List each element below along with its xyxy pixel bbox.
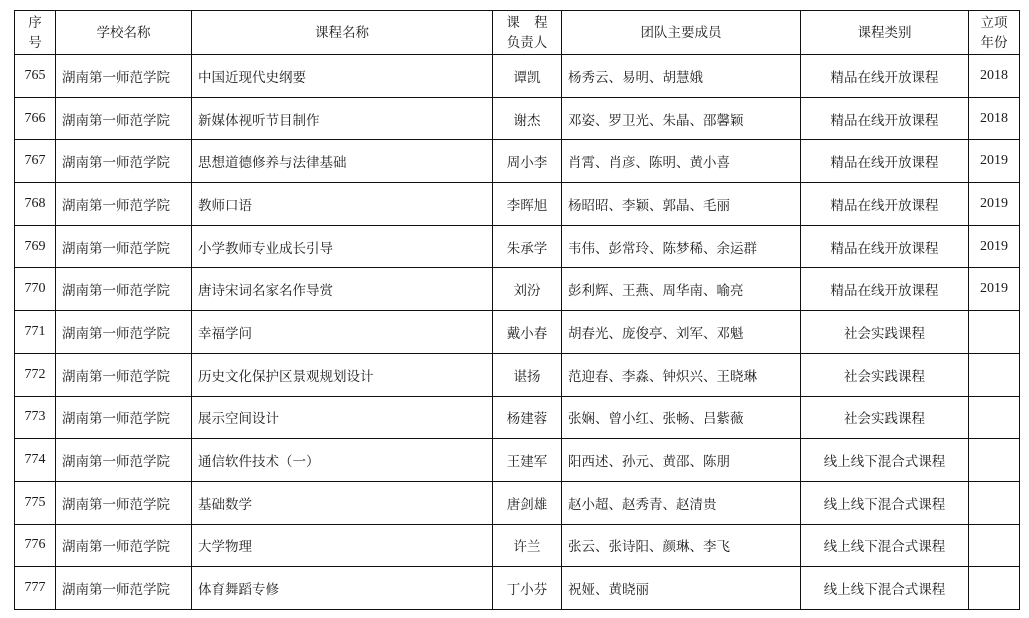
cell-type: 社会实践课程 bbox=[801, 396, 969, 439]
cell-school: 湖南第一师范学院 bbox=[56, 225, 192, 268]
header-type: 课程类别 bbox=[801, 11, 969, 55]
cell-year bbox=[969, 353, 1020, 396]
header-year: 立项 年份 bbox=[969, 11, 1020, 55]
cell-year bbox=[969, 481, 1020, 524]
cell-index: 771 bbox=[15, 311, 56, 354]
table-row: 769湖南第一师范学院小学教师专业成长引导朱承学韦伟、彭常玲、陈梦稀、余运群精品… bbox=[15, 225, 1020, 268]
cell-team: 祝娅、黄晓丽 bbox=[562, 567, 801, 610]
header-team: 团队主要成员 bbox=[562, 11, 801, 55]
table-row: 765湖南第一师范学院中国近现代史纲要谭凯杨秀云、易明、胡慧娥精品在线开放课程2… bbox=[15, 55, 1020, 98]
header-row: 序 号 学校名称 课程名称 课 程 负责人 团队主要成员 课程类别 立项 年份 bbox=[15, 11, 1020, 55]
cell-lead: 王建军 bbox=[493, 439, 562, 482]
table-row: 773湖南第一师范学院展示空间设计杨建蓉张娴、曾小红、张畅、吕紫薇社会实践课程 bbox=[15, 396, 1020, 439]
cell-course: 历史文化保护区景观规划设计 bbox=[192, 353, 493, 396]
cell-team: 范迎春、李淼、钟炽兴、王晓琳 bbox=[562, 353, 801, 396]
cell-course: 通信软件技术（一） bbox=[192, 439, 493, 482]
cell-team: 邓姿、罗卫光、朱晶、邵馨颖 bbox=[562, 97, 801, 140]
header-year-line2: 年份 bbox=[975, 33, 1013, 53]
table-row: 776湖南第一师范学院大学物理许兰张云、张诗阳、颜琳、李飞线上线下混合式课程 bbox=[15, 524, 1020, 567]
cell-type: 精品在线开放课程 bbox=[801, 97, 969, 140]
cell-course: 唐诗宋词名家名作导赏 bbox=[192, 268, 493, 311]
cell-type: 精品在线开放课程 bbox=[801, 225, 969, 268]
header-index-line1: 序 bbox=[21, 13, 49, 33]
header-school: 学校名称 bbox=[56, 11, 192, 55]
cell-school: 湖南第一师范学院 bbox=[56, 396, 192, 439]
header-index: 序 号 bbox=[15, 11, 56, 55]
cell-team: 肖霄、肖彦、陈明、黄小喜 bbox=[562, 140, 801, 183]
cell-team: 胡春光、庞俊亭、刘军、邓魁 bbox=[562, 311, 801, 354]
cell-lead: 朱承学 bbox=[493, 225, 562, 268]
cell-team: 杨秀云、易明、胡慧娥 bbox=[562, 55, 801, 98]
table-header: 序 号 学校名称 课程名称 课 程 负责人 团队主要成员 课程类别 立项 年份 bbox=[15, 11, 1020, 55]
cell-lead: 周小李 bbox=[493, 140, 562, 183]
cell-team: 赵小超、赵秀青、赵清贵 bbox=[562, 481, 801, 524]
cell-school: 湖南第一师范学院 bbox=[56, 481, 192, 524]
cell-year: 2019 bbox=[969, 268, 1020, 311]
table-row: 768湖南第一师范学院教师口语李晖旭杨昭昭、李颖、郭晶、毛丽精品在线开放课程20… bbox=[15, 183, 1020, 226]
cell-course: 思想道德修养与法律基础 bbox=[192, 140, 493, 183]
cell-school: 湖南第一师范学院 bbox=[56, 183, 192, 226]
cell-type: 社会实践课程 bbox=[801, 353, 969, 396]
cell-year bbox=[969, 524, 1020, 567]
header-course: 课程名称 bbox=[192, 11, 493, 55]
cell-school: 湖南第一师范学院 bbox=[56, 439, 192, 482]
cell-course: 体育舞蹈专修 bbox=[192, 567, 493, 610]
cell-course: 教师口语 bbox=[192, 183, 493, 226]
cell-school: 湖南第一师范学院 bbox=[56, 353, 192, 396]
cell-lead: 丁小芬 bbox=[493, 567, 562, 610]
table-row: 774湖南第一师范学院通信软件技术（一）王建军阳西述、孙元、黄邵、陈朋线上线下混… bbox=[15, 439, 1020, 482]
cell-year bbox=[969, 567, 1020, 610]
cell-index: 773 bbox=[15, 396, 56, 439]
cell-index: 765 bbox=[15, 55, 56, 98]
cell-school: 湖南第一师范学院 bbox=[56, 140, 192, 183]
cell-index: 770 bbox=[15, 268, 56, 311]
table-row: 772湖南第一师范学院历史文化保护区景观规划设计谌扬范迎春、李淼、钟炽兴、王晓琳… bbox=[15, 353, 1020, 396]
cell-index: 769 bbox=[15, 225, 56, 268]
cell-year: 2018 bbox=[969, 55, 1020, 98]
cell-index: 767 bbox=[15, 140, 56, 183]
cell-lead: 谌扬 bbox=[493, 353, 562, 396]
cell-team: 杨昭昭、李颖、郭晶、毛丽 bbox=[562, 183, 801, 226]
cell-type: 精品在线开放课程 bbox=[801, 140, 969, 183]
table-row: 775湖南第一师范学院基础数学唐剑雄赵小超、赵秀青、赵清贵线上线下混合式课程 bbox=[15, 481, 1020, 524]
cell-lead: 李晖旭 bbox=[493, 183, 562, 226]
cell-index: 768 bbox=[15, 183, 56, 226]
cell-course: 幸福学问 bbox=[192, 311, 493, 354]
cell-type: 线上线下混合式课程 bbox=[801, 524, 969, 567]
cell-type: 线上线下混合式课程 bbox=[801, 439, 969, 482]
table-row: 767湖南第一师范学院思想道德修养与法律基础周小李肖霄、肖彦、陈明、黄小喜精品在… bbox=[15, 140, 1020, 183]
cell-team: 韦伟、彭常玲、陈梦稀、余运群 bbox=[562, 225, 801, 268]
header-lead-line1: 课 程 bbox=[499, 13, 555, 33]
cell-school: 湖南第一师范学院 bbox=[56, 567, 192, 610]
header-lead: 课 程 负责人 bbox=[493, 11, 562, 55]
cell-course: 展示空间设计 bbox=[192, 396, 493, 439]
cell-index: 776 bbox=[15, 524, 56, 567]
course-table: 序 号 学校名称 课程名称 课 程 负责人 团队主要成员 课程类别 立项 年份 … bbox=[14, 10, 1020, 610]
header-lead-line2: 负责人 bbox=[499, 33, 555, 53]
cell-type: 线上线下混合式课程 bbox=[801, 567, 969, 610]
cell-lead: 刘汾 bbox=[493, 268, 562, 311]
cell-team: 张云、张诗阳、颜琳、李飞 bbox=[562, 524, 801, 567]
cell-year bbox=[969, 439, 1020, 482]
cell-year bbox=[969, 311, 1020, 354]
cell-index: 766 bbox=[15, 97, 56, 140]
cell-course: 基础数学 bbox=[192, 481, 493, 524]
cell-course: 中国近现代史纲要 bbox=[192, 55, 493, 98]
cell-year: 2018 bbox=[969, 97, 1020, 140]
table-row: 777湖南第一师范学院体育舞蹈专修丁小芬祝娅、黄晓丽线上线下混合式课程 bbox=[15, 567, 1020, 610]
cell-type: 精品在线开放课程 bbox=[801, 268, 969, 311]
cell-type: 精品在线开放课程 bbox=[801, 55, 969, 98]
cell-type: 精品在线开放课程 bbox=[801, 183, 969, 226]
cell-team: 彭利辉、王燕、周华南、喻亮 bbox=[562, 268, 801, 311]
cell-year: 2019 bbox=[969, 140, 1020, 183]
table-row: 771湖南第一师范学院幸福学问戴小春胡春光、庞俊亭、刘军、邓魁社会实践课程 bbox=[15, 311, 1020, 354]
cell-lead: 谭凯 bbox=[493, 55, 562, 98]
cell-index: 775 bbox=[15, 481, 56, 524]
cell-lead: 唐剑雄 bbox=[493, 481, 562, 524]
cell-lead: 许兰 bbox=[493, 524, 562, 567]
table-body: 765湖南第一师范学院中国近现代史纲要谭凯杨秀云、易明、胡慧娥精品在线开放课程2… bbox=[15, 55, 1020, 610]
cell-index: 774 bbox=[15, 439, 56, 482]
cell-type: 社会实践课程 bbox=[801, 311, 969, 354]
cell-index: 777 bbox=[15, 567, 56, 610]
cell-school: 湖南第一师范学院 bbox=[56, 268, 192, 311]
cell-course: 大学物理 bbox=[192, 524, 493, 567]
table-row: 770湖南第一师范学院唐诗宋词名家名作导赏刘汾彭利辉、王燕、周华南、喻亮精品在线… bbox=[15, 268, 1020, 311]
cell-school: 湖南第一师范学院 bbox=[56, 55, 192, 98]
cell-course: 新媒体视听节目制作 bbox=[192, 97, 493, 140]
table-row: 766湖南第一师范学院新媒体视听节目制作谢杰邓姿、罗卫光、朱晶、邵馨颖精品在线开… bbox=[15, 97, 1020, 140]
cell-team: 阳西述、孙元、黄邵、陈朋 bbox=[562, 439, 801, 482]
cell-lead: 杨建蓉 bbox=[493, 396, 562, 439]
cell-year bbox=[969, 396, 1020, 439]
cell-type: 线上线下混合式课程 bbox=[801, 481, 969, 524]
cell-lead: 谢杰 bbox=[493, 97, 562, 140]
header-year-line1: 立项 bbox=[975, 13, 1013, 33]
cell-school: 湖南第一师范学院 bbox=[56, 311, 192, 354]
cell-index: 772 bbox=[15, 353, 56, 396]
cell-year: 2019 bbox=[969, 183, 1020, 226]
header-index-line2: 号 bbox=[21, 33, 49, 53]
cell-school: 湖南第一师范学院 bbox=[56, 97, 192, 140]
cell-course: 小学教师专业成长引导 bbox=[192, 225, 493, 268]
cell-lead: 戴小春 bbox=[493, 311, 562, 354]
cell-year: 2019 bbox=[969, 225, 1020, 268]
cell-team: 张娴、曾小红、张畅、吕紫薇 bbox=[562, 396, 801, 439]
cell-school: 湖南第一师范学院 bbox=[56, 524, 192, 567]
